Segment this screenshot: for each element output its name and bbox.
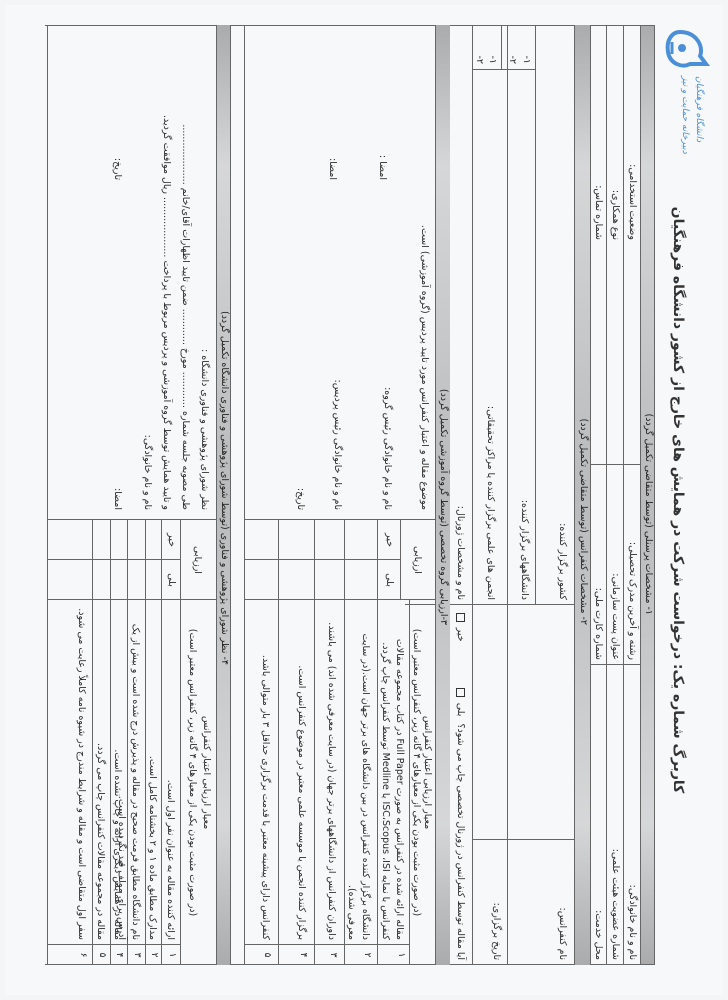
s4-eval-header: ارزیابی xyxy=(192,520,203,600)
s4-criterion-yes-cell[interactable] xyxy=(76,560,90,600)
field-degree[interactable]: رشته و آخرین مدرک تحصیلی: xyxy=(627,542,638,660)
s3-eval-header: ارزیابی xyxy=(412,520,423,600)
society-item-1[interactable]: ۱- xyxy=(487,55,498,64)
field-workplace[interactable]: محل خدمت: xyxy=(593,910,604,960)
s4-criterion-number: ۴ xyxy=(114,946,124,964)
field-host-societies[interactable]: انجمن های علمی برگزار کننده یا مراکز تحق… xyxy=(485,406,496,600)
s3-criterion-text: مقاله ارائه شده در کنفرانس به صورت Full … xyxy=(378,605,406,940)
society-item-2[interactable]: ۲- xyxy=(474,55,485,64)
s4-criterion-text: مدارک مطابق ماده ۱ و ۲ بخشنامه کامل است. xyxy=(145,605,159,940)
s4-criteria-title: معیار ارزیابی اعتبار کنفرانس xyxy=(201,600,212,945)
s4-name[interactable]: نام و نام خانوادگی: xyxy=(142,435,153,510)
s3-criterion-no-cell[interactable] xyxy=(296,520,310,560)
field-full-name[interactable]: نام و نام خانوادگی: xyxy=(627,885,638,960)
s4-signature[interactable]: امضا: xyxy=(112,488,123,510)
field-phone[interactable]: شماره تماس: xyxy=(593,185,604,240)
journal-yes-checkbox[interactable] xyxy=(456,688,465,697)
s4-criterion-no-cell[interactable] xyxy=(147,520,161,560)
logo-caption-2: دبیرخانه حمایت و نیز xyxy=(680,76,690,154)
s4-criterion-yes-cell[interactable] xyxy=(147,560,161,600)
s4-council-line2[interactable]: طی مصوبه جلسه شماره ............ مورخ ..… xyxy=(180,124,191,510)
s3-criterion-number: ۵ xyxy=(262,946,272,964)
s3-criterion-number: ۳ xyxy=(328,946,338,964)
field-employment-status[interactable]: وضعیت استخدامی: xyxy=(627,164,638,240)
s4-criterion-yes-cell[interactable] xyxy=(112,560,126,600)
s4-council-line1: نظر شورای پژوهشی و فناوری دانشگاه : xyxy=(199,349,210,510)
section4-header: ۴- نظر شورای پژوهشی و فناوری (توسط شورای… xyxy=(217,25,231,965)
s4-criterion-yes-cell[interactable] xyxy=(165,560,179,600)
s4-criterion-no-cell[interactable] xyxy=(165,520,179,560)
s3-criterion-yes-cell[interactable] xyxy=(296,560,310,600)
university-logo-icon xyxy=(660,24,710,74)
s3-criterion-number: ۱ xyxy=(396,946,406,964)
field-host-country[interactable]: کشور برگزار کننده: xyxy=(557,523,568,600)
s4-criterion-number: ۳ xyxy=(132,946,142,964)
s3-criterion-yes-cell[interactable] xyxy=(326,560,340,600)
s4-criterion-number: ۱ xyxy=(167,946,177,964)
s3-group-head-name[interactable]: نام و نام خانوادگی رئیس گروه: xyxy=(382,387,393,510)
s4-criterion-text: سفر اول متقاضی است و مقاله و شرایط مندرج… xyxy=(74,605,88,940)
s3-criterion-number: ۲ xyxy=(362,946,372,964)
s4-criterion-number: ۶ xyxy=(78,946,88,964)
s4-criteria-subtitle: (در صورت مثبت بودن یکی از معیارهای ۴ گان… xyxy=(187,600,198,945)
s3-criterion-text: کنفرانس دارای پیشینه معتبر با قدمت برگزا… xyxy=(258,605,272,940)
field-journal-details[interactable]: نام و مشخصات ژورنال: xyxy=(455,506,466,600)
field-position-title[interactable]: عنوان پست سازمانی: xyxy=(610,573,621,660)
field-cooperation-type[interactable]: نوع همکاری: xyxy=(610,190,621,240)
s3-criterion-no-cell[interactable] xyxy=(360,520,374,560)
application-form: کاربرگ شماره یک: درخواست شرکت در همایش ه… xyxy=(0,0,728,1000)
s4-criterion-text: مقاله در همایش دیگری ارائه و چاپ نشده اس… xyxy=(110,605,124,940)
field-host-universities[interactable]: دانشگاههای برگزار کننده: xyxy=(519,500,530,600)
logo-caption-1: دانشگاه فرهنگیان xyxy=(694,76,704,142)
s4-criterion-no-cell[interactable] xyxy=(76,520,90,560)
s3-criteria-subtitle: (در صورت مثبت بودن یکی از معیارهای ۴ گان… xyxy=(411,600,422,945)
s3-criterion-text: برگزار کننده انجمن یا موسسه علمی معتبر د… xyxy=(294,605,308,940)
s4-date[interactable]: تاریخ: xyxy=(112,158,123,180)
journal-question: آیا مقاله توسط کنفرانس در ژورنال تخصصی چ… xyxy=(455,610,466,960)
field-conference-name[interactable]: نام کنفرانس: xyxy=(557,908,568,960)
s4-criterion-text: مقاله در مجموعه مقالات کنفرانس چاپ می گر… xyxy=(93,605,107,940)
s3-criterion-yes-cell[interactable] xyxy=(394,560,408,600)
section3-header: ۳-ارزیابی گروه تخصصی (توسط گروه آموزشی ت… xyxy=(436,25,450,965)
s4-criterion-no-cell[interactable] xyxy=(130,520,144,560)
section2-header: ۲- مشخصات کنفرانس (توسط متقاضی تکمیل گرد… xyxy=(575,25,590,965)
s3-criterion-yes-cell[interactable] xyxy=(260,560,274,600)
s3-campus-head-name[interactable]: نام و نام خانوادگی رئیس پردیس: xyxy=(332,380,343,510)
s4-criterion-yes-cell[interactable] xyxy=(130,560,144,600)
university-logo xyxy=(658,14,710,74)
section1-header: ۱- مشخصات پرسنلی (توسط متقاضی تکمیل گردد… xyxy=(641,25,655,965)
field-faculty-number[interactable]: شماره عضویت هیئت علمی: xyxy=(610,849,621,960)
s4-criterion-yes-cell[interactable] xyxy=(95,560,109,600)
s3-criterion-text: داوران کنفرانس از دانشگاههای برتر جهان (… xyxy=(324,605,338,940)
s4-criterion-number: ۲ xyxy=(149,946,159,964)
s4-criterion-no-cell[interactable] xyxy=(95,520,109,560)
field-conference-date[interactable]: تاریخ برگزاری: xyxy=(491,903,502,960)
s3-criterion-number: ۴ xyxy=(298,946,308,964)
s3-criterion-no-cell[interactable] xyxy=(326,520,340,560)
s3-date[interactable]: تاریخ: xyxy=(295,488,306,510)
university-item-2[interactable]: ۲- xyxy=(507,55,518,64)
s3-campus-head-signature[interactable]: امضا: xyxy=(327,158,338,180)
journal-no-checkbox[interactable] xyxy=(456,613,465,622)
field-national-id[interactable]: شماره کارت ملی: xyxy=(593,588,604,660)
university-item-1[interactable]: ۱- xyxy=(521,55,532,64)
s3-criteria-title: معیار ارزیابی اعتبار کنفرانس xyxy=(422,600,433,945)
s3-approval-text: موضوع مقاله و اعتبار کنفرانس مورد تایید … xyxy=(419,225,430,510)
s4-criterion-number: ۵ xyxy=(97,946,107,964)
s3-criterion-no-cell[interactable] xyxy=(394,520,408,560)
s3-criterion-no-cell[interactable] xyxy=(260,520,274,560)
s3-criterion-yes-cell[interactable] xyxy=(360,560,374,600)
s3-criterion-text: دانشگاه برگزار کننده کنفرانس در بین دانش… xyxy=(344,605,372,940)
s3-group-head-signature[interactable]: امضا : xyxy=(377,155,388,180)
s4-criterion-text: ارائه کننده مقاله به عنوان نفر اول است. xyxy=(163,605,177,940)
s4-criterion-no-cell[interactable] xyxy=(112,520,126,560)
s4-council-line3[interactable]: و تایید همایش توسط گروه آموزشی و پردیس م… xyxy=(161,115,172,510)
